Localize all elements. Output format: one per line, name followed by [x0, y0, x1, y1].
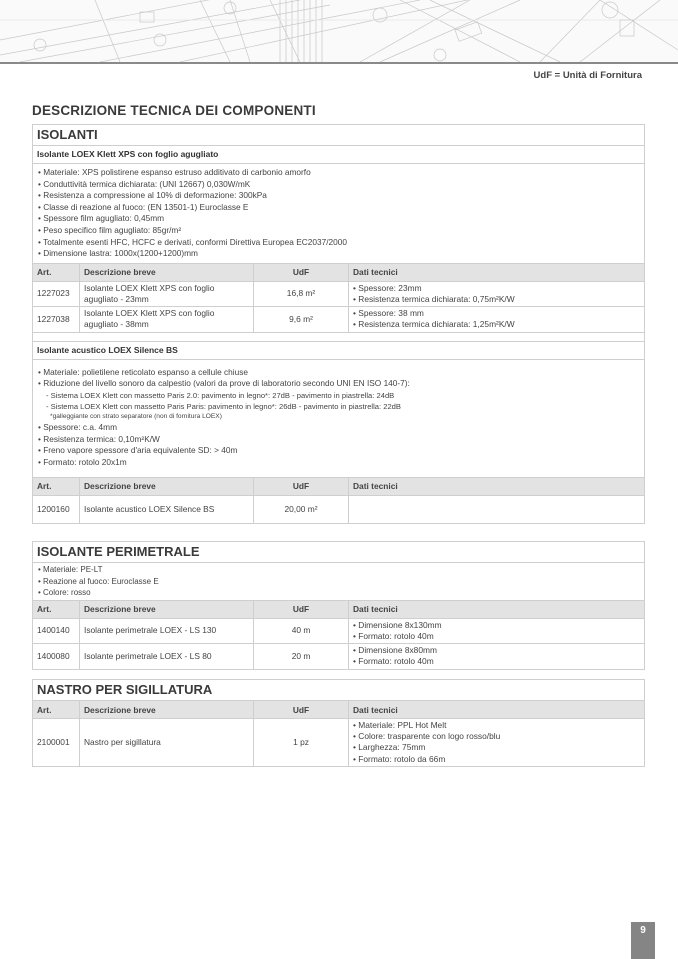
- spec-item: Classe di reazione al fuoco: (EN 13501-1…: [38, 202, 639, 214]
- cell-art: 1227038: [33, 307, 80, 332]
- col-udf: UdF: [254, 478, 349, 496]
- page-number: 9: [631, 922, 655, 959]
- tech-item: Colore: trasparente con logo rosso/blu: [353, 731, 640, 742]
- col-art: Art.: [33, 701, 80, 719]
- cell-art: 1227023: [33, 281, 80, 306]
- col-udf: UdF: [254, 264, 349, 282]
- page-title: DESCRIZIONE TECNICA DEI COMPONENTI: [32, 103, 316, 118]
- section-title: NASTRO PER SIGILLATURA: [33, 680, 644, 701]
- spec-note: *galleggiante con strato separatore (non…: [38, 412, 639, 422]
- silence-product-table: Art. Descrizione breve UdF Dati tecnici …: [33, 478, 644, 524]
- col-udf: UdF: [254, 601, 349, 619]
- spec-item: Freno vapore spessore d'aria equivalente…: [38, 445, 639, 457]
- table-row: 1400140 Isolante perimetrale LOEX - LS 1…: [33, 618, 644, 643]
- spec-item: Spessore: c.a. 4mm: [38, 422, 639, 434]
- spec-item: Formato: rotolo 20x1m: [38, 457, 639, 469]
- xps-product-table: Art. Descrizione breve UdF Dati tecnici …: [33, 264, 644, 332]
- header-blueprint-banner: [0, 0, 678, 62]
- cell-desc: Isolante perimetrale LOEX - LS 130: [80, 618, 254, 643]
- spec-item: Dimensione lastra: 1000x(1200+1200)mm: [38, 248, 639, 260]
- tech-item: Formato: rotolo 40m: [353, 631, 640, 642]
- col-desc: Descrizione breve: [80, 478, 254, 496]
- cell-desc: Isolante LOEX Klett XPS con foglio agugl…: [80, 281, 254, 306]
- tech-item: Resistenza termica dichiarata: 1,25m²K/W: [353, 319, 640, 330]
- col-tech: Dati tecnici: [349, 701, 645, 719]
- section-title: ISOLANTI: [33, 125, 644, 146]
- table-row: 1400080 Isolante perimetrale LOEX - LS 8…: [33, 644, 644, 669]
- cell-udf: 20,00 m²: [254, 495, 349, 523]
- tech-item: Resistenza termica dichiarata: 0,75m²K/W: [353, 294, 640, 305]
- spec-item: Colore: rosso: [38, 587, 639, 599]
- spec-item: Spessore film agugliato: 0,45mm: [38, 213, 639, 225]
- cell-udf: 20 m: [254, 644, 349, 669]
- cell-desc: Isolante perimetrale LOEX - LS 80: [80, 644, 254, 669]
- col-udf: UdF: [254, 701, 349, 719]
- perimetrale-product-table: Art. Descrizione breve UdF Dati tecnici …: [33, 601, 644, 669]
- perimetrale-spec-list: Materiale: PE-LT Reazione al fuoco: Euro…: [33, 563, 644, 601]
- cell-udf: 16,8 m²: [254, 281, 349, 306]
- tech-item: Dimensione 8x80mm: [353, 645, 640, 656]
- table-header-row: Art. Descrizione breve UdF Dati tecnici: [33, 264, 644, 282]
- table-header-row: Art. Descrizione breve UdF Dati tecnici: [33, 701, 644, 719]
- spec-subitem: Sistema LOEX Klett con massetto Paris 2.…: [38, 390, 639, 401]
- product-subtitle-xps: Isolante LOEX Klett XPS con foglio agugl…: [33, 146, 644, 164]
- cell-art: 2100001: [33, 719, 80, 766]
- section-perimetrale: ISOLANTE PERIMETRALE Materiale: PE-LT Re…: [32, 541, 645, 670]
- spacer: [33, 332, 644, 342]
- cell-tech: Dimensione 8x130mm Formato: rotolo 40m: [349, 618, 645, 643]
- col-tech: Dati tecnici: [349, 264, 645, 282]
- table-row: 2100001 Nastro per sigillatura 1 pz Mate…: [33, 719, 644, 766]
- col-desc: Descrizione breve: [80, 701, 254, 719]
- table-header-row: Art. Descrizione breve UdF Dati tecnici: [33, 601, 644, 619]
- silence-spec-list: Materiale: polietilene reticolato espans…: [33, 360, 644, 478]
- cell-desc: Isolante acustico LOEX Silence BS: [80, 495, 254, 523]
- tech-item: Materiale: PPL Hot Melt: [353, 720, 640, 731]
- col-art: Art.: [33, 601, 80, 619]
- tech-item: Spessore: 23mm: [353, 283, 640, 294]
- cell-udf: 40 m: [254, 618, 349, 643]
- cell-tech: [349, 495, 645, 523]
- cell-udf: 1 pz: [254, 719, 349, 766]
- col-tech: Dati tecnici: [349, 478, 645, 496]
- col-tech: Dati tecnici: [349, 601, 645, 619]
- spec-item: Materiale: PE-LT: [38, 564, 639, 576]
- cell-tech: Materiale: PPL Hot Melt Colore: traspare…: [349, 719, 645, 766]
- cell-desc: Isolante LOEX Klett XPS con foglio agugl…: [80, 307, 254, 332]
- cell-tech: Spessore: 23mm Resistenza termica dichia…: [349, 281, 645, 306]
- cell-art: 1400080: [33, 644, 80, 669]
- tech-item: Formato: rotolo da 66m: [353, 754, 640, 765]
- nastro-product-table: Art. Descrizione breve UdF Dati tecnici …: [33, 701, 644, 766]
- spec-item: Resistenza a compressione al 10% di defo…: [38, 190, 639, 202]
- spec-item: Materiale: polietilene reticolato espans…: [38, 367, 639, 379]
- spec-item: Materiale: XPS polistirene espanso estru…: [38, 167, 639, 179]
- col-art: Art.: [33, 478, 80, 496]
- xps-spec-list: Materiale: XPS polistirene espanso estru…: [33, 164, 644, 264]
- tech-item: Larghezza: 75mm: [353, 742, 640, 753]
- section-title: ISOLANTE PERIMETRALE: [33, 542, 644, 563]
- spec-item: Resistenza termica: 0,10m²K/W: [38, 434, 639, 446]
- blueprint-drawing-icon: [0, 0, 678, 62]
- cell-tech: Dimensione 8x80mm Formato: rotolo 40m: [349, 644, 645, 669]
- udf-legend: UdF = Unità di Fornitura: [534, 70, 642, 81]
- spec-item: Conduttività termica dichiarata: (UNI 12…: [38, 179, 639, 191]
- tech-item: Dimensione 8x130mm: [353, 620, 640, 631]
- table-header-row: Art. Descrizione breve UdF Dati tecnici: [33, 478, 644, 496]
- cell-desc: Nastro per sigillatura: [80, 719, 254, 766]
- table-row: 1227038 Isolante LOEX Klett XPS con fogl…: [33, 307, 644, 332]
- section-nastro: NASTRO PER SIGILLATURA Art. Descrizione …: [32, 679, 645, 767]
- tech-item: Spessore: 38 mm: [353, 308, 640, 319]
- col-desc: Descrizione breve: [80, 601, 254, 619]
- section-isolanti: ISOLANTI Isolante LOEX Klett XPS con fog…: [32, 124, 645, 524]
- cell-udf: 9,6 m²: [254, 307, 349, 332]
- cell-art: 1200160: [33, 495, 80, 523]
- product-subtitle-silence: Isolante acustico LOEX Silence BS: [33, 342, 644, 360]
- table-row: 1200160 Isolante acustico LOEX Silence B…: [33, 495, 644, 523]
- cell-art: 1400140: [33, 618, 80, 643]
- table-row: 1227023 Isolante LOEX Klett XPS con fogl…: [33, 281, 644, 306]
- spec-item: Reazione al fuoco: Euroclasse E: [38, 576, 639, 588]
- spec-item: Peso specifico film agugliato: 85gr/m²: [38, 225, 639, 237]
- tech-item: Formato: rotolo 40m: [353, 656, 640, 667]
- cell-tech: Spessore: 38 mm Resistenza termica dichi…: [349, 307, 645, 332]
- col-desc: Descrizione breve: [80, 264, 254, 282]
- spec-subitem: Sistema LOEX Klett con massetto Paris Pa…: [38, 401, 639, 412]
- spec-item: Totalmente esenti HFC, HCFC e derivati, …: [38, 237, 639, 249]
- spec-item: Riduzione del livello sonoro da calpesti…: [38, 378, 639, 390]
- col-art: Art.: [33, 264, 80, 282]
- header-divider: [0, 62, 678, 64]
